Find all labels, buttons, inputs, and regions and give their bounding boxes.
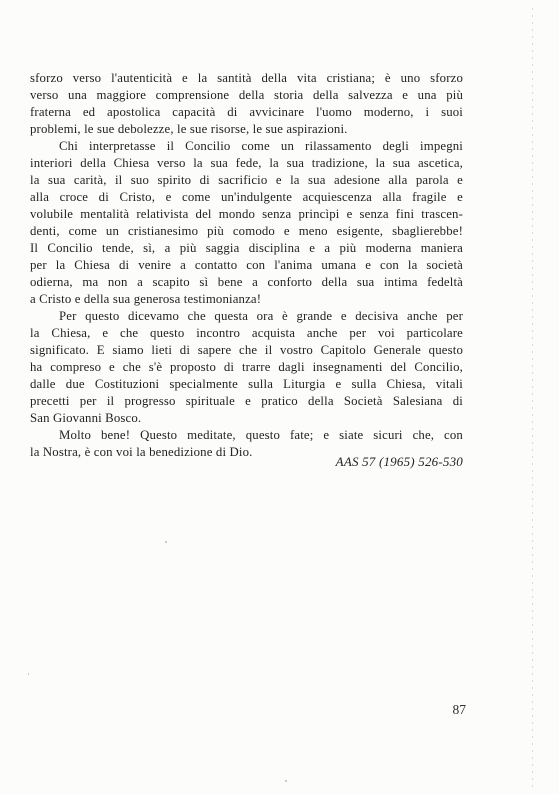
- scan-edge-artifact: [532, 8, 533, 788]
- text-line: a Cristo e della sua generosa testimonia…: [30, 291, 463, 308]
- text-line: ha compreso e che s'è proposto di trarre…: [30, 359, 463, 376]
- text-line: per la Chiesa di venire a contatto con l…: [30, 257, 463, 274]
- paragraph: Chi interpretasse il Concilio come un ri…: [30, 138, 463, 308]
- page-text: sforzo verso l'autenticità e la santità …: [30, 70, 463, 461]
- text-line: dalle due Costituzioni specialmente sull…: [30, 376, 463, 393]
- text-line: problemi, le sue debolezze, le sue risor…: [30, 121, 463, 138]
- text-line: sforzo verso l'autenticità e la santità …: [30, 70, 463, 87]
- text-line: Il Concilio tende, sì, a più saggia disc…: [30, 240, 463, 257]
- text-line: la Chiesa, e che questo incontro acquist…: [30, 325, 463, 342]
- text-line: la sua carità, il suo spirito di sacrifi…: [30, 172, 463, 189]
- text-line: odierna, ma non a scapito sì bene a conf…: [30, 274, 463, 291]
- text-line: verso una maggiore comprensione della st…: [30, 87, 463, 104]
- paragraph: sforzo verso l'autenticità e la santità …: [30, 70, 463, 138]
- page-number: 87: [30, 701, 466, 718]
- scan-speck: [285, 780, 287, 782]
- text-line: Molto bene! Questo meditate, questo fate…: [30, 427, 463, 444]
- scan-speck: [165, 541, 167, 543]
- scan-speck: [28, 673, 29, 675]
- book-page: sforzo verso l'autenticità e la santità …: [0, 0, 559, 794]
- text-line: Per questo dicevamo che questa ora è gra…: [30, 308, 463, 325]
- text-line: significato. E siamo lieti di sapere che…: [30, 342, 463, 359]
- text-line: Chi interpretasse il Concilio come un ri…: [30, 138, 463, 155]
- text-line: alla croce di Cristo, e come un'indulgen…: [30, 189, 463, 206]
- text-line: interiori della Chiesa verso la sua fede…: [30, 155, 463, 172]
- text-line: denti, come un cristianesimo più comodo …: [30, 223, 463, 240]
- source-citation: AAS 57 (1965) 526-530: [30, 453, 463, 470]
- paragraph: Per questo dicevamo che questa ora è gra…: [30, 308, 463, 427]
- text-line: fraterna ed apostolica capacità di avvic…: [30, 104, 463, 121]
- text-line: San Giovanni Bosco.: [30, 410, 463, 427]
- text-line: precetti per il progresso spirituale e p…: [30, 393, 463, 410]
- text-line: volubile mentalità relativista del mondo…: [30, 206, 463, 223]
